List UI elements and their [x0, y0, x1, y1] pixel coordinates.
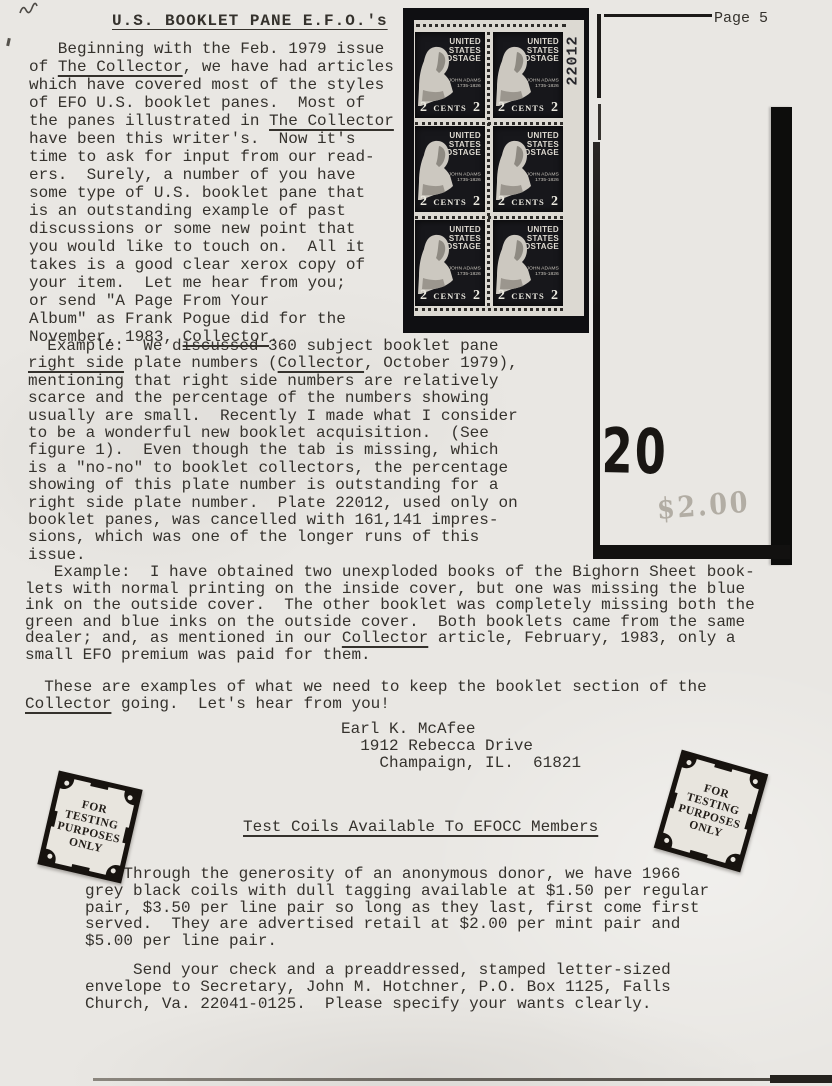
pen-squiggle-mark — [18, 2, 40, 16]
stamp-name-text: JOHN ADAMS 1735-1826 — [527, 79, 559, 89]
figure-frame-bottom — [593, 545, 790, 559]
signature-block: Earl K. McAfee 1912 Rebecca Drive Champa… — [341, 721, 581, 772]
figure-frame-left — [597, 14, 601, 98]
john-adams-portrait — [415, 232, 459, 296]
stamp-denomination-text: 2 CENTS 2 — [420, 289, 480, 303]
test-stamp-text: FOR TESTING PURPOSES ONLY — [660, 756, 762, 866]
perforation-dots — [416, 24, 566, 27]
paragraph-test-coils: Through the generosity of an anonymous d… — [85, 866, 709, 950]
test-stamp-right: FOR TESTING PURPOSES ONLY — [654, 750, 769, 873]
paragraph-example-plate: Example: We discussed 360 subject bookle… — [28, 338, 518, 564]
stamp-name-text: JOHN ADAMS 1735-1826 — [527, 173, 559, 183]
stamp-name-text: JOHN ADAMS 1735-1826 — [527, 267, 559, 277]
paragraph-example-bighorn: Example: I have obtained two unexploded … — [25, 564, 755, 664]
figure-frame-left — [593, 142, 600, 557]
john-adams-portrait — [493, 44, 537, 108]
plate-number: 22012 — [563, 28, 583, 92]
stamp-denomination-text: 2 CENTS 2 — [498, 195, 558, 209]
booklet-pane-photo: UNITED STATES POSTAGE JOHN ADAMS 1735-18… — [403, 8, 589, 333]
count-handstamp: 20 — [601, 420, 668, 484]
perforation-dots — [487, 32, 490, 306]
figure-frame-top — [604, 14, 712, 17]
stray-ink-mark — [6, 38, 10, 46]
stamp-2c-john-adams: UNITED STATES POSTAGE JOHN ADAMS 1735-18… — [415, 220, 485, 306]
figure-frame-left — [598, 104, 601, 140]
perforation-dots — [415, 308, 563, 311]
paragraph-intro: Beginning with the Feb. 1979 issueof The… — [29, 40, 394, 346]
article-title: U.S. BOOKLET PANE E.F.O.'s — [112, 12, 388, 30]
stamp-2c-john-adams: UNITED STATES POSTAGE JOHN ADAMS 1735-18… — [493, 126, 563, 212]
scan-edge-blob — [770, 1075, 832, 1083]
stamp-name-text: JOHN ADAMS 1735-1826 — [449, 267, 481, 277]
stamp-name-text: JOHN ADAMS 1735-1826 — [449, 79, 481, 89]
stamp-name-text: JOHN ADAMS 1735-1826 — [449, 173, 481, 183]
paragraph-send-check: Send your check and a preaddressed, stam… — [85, 962, 671, 1013]
test-stamp-face: FOR TESTING PURPOSES ONLY — [43, 777, 136, 878]
price-handstamp: $2.00 — [656, 485, 751, 526]
stamp-2c-john-adams: UNITED STATES POSTAGE JOHN ADAMS 1735-18… — [493, 32, 563, 118]
john-adams-portrait — [415, 138, 459, 202]
stamp-denomination-text: 2 CENTS 2 — [420, 195, 480, 209]
pane-selvage: UNITED STATES POSTAGE JOHN ADAMS 1735-18… — [414, 20, 584, 316]
paragraph-closing: These are examples of what we need to ke… — [25, 679, 707, 713]
stamp-denomination-text: 2 CENTS 2 — [498, 101, 558, 115]
stamp-2c-john-adams: UNITED STATES POSTAGE JOHN ADAMS 1735-18… — [415, 126, 485, 212]
john-adams-portrait — [493, 138, 537, 202]
stamp-denomination-text: 2 CENTS 2 — [420, 101, 480, 115]
stamp-2c-john-adams: UNITED STATES POSTAGE JOHN ADAMS 1735-18… — [493, 220, 563, 306]
john-adams-portrait — [415, 44, 459, 108]
stamp-denomination-text: 2 CENTS 2 — [498, 289, 558, 303]
scan-edge-line — [93, 1078, 832, 1081]
figure-frame-right-bar — [771, 107, 792, 565]
stamp-2c-john-adams: UNITED STATES POSTAGE JOHN ADAMS 1735-18… — [415, 32, 485, 118]
john-adams-portrait — [493, 232, 537, 296]
scanned-newsletter-page: U.S. BOOKLET PANE E.F.O.'s Page 5 UNITED… — [0, 0, 832, 1086]
test-stamp-text: FOR TESTING PURPOSES ONLY — [43, 777, 136, 878]
page-number-label: Page 5 — [714, 10, 768, 27]
test-stamp-face: FOR TESTING PURPOSES ONLY — [660, 756, 762, 866]
section-heading: Test Coils Available To EFOCC Members — [243, 818, 598, 836]
